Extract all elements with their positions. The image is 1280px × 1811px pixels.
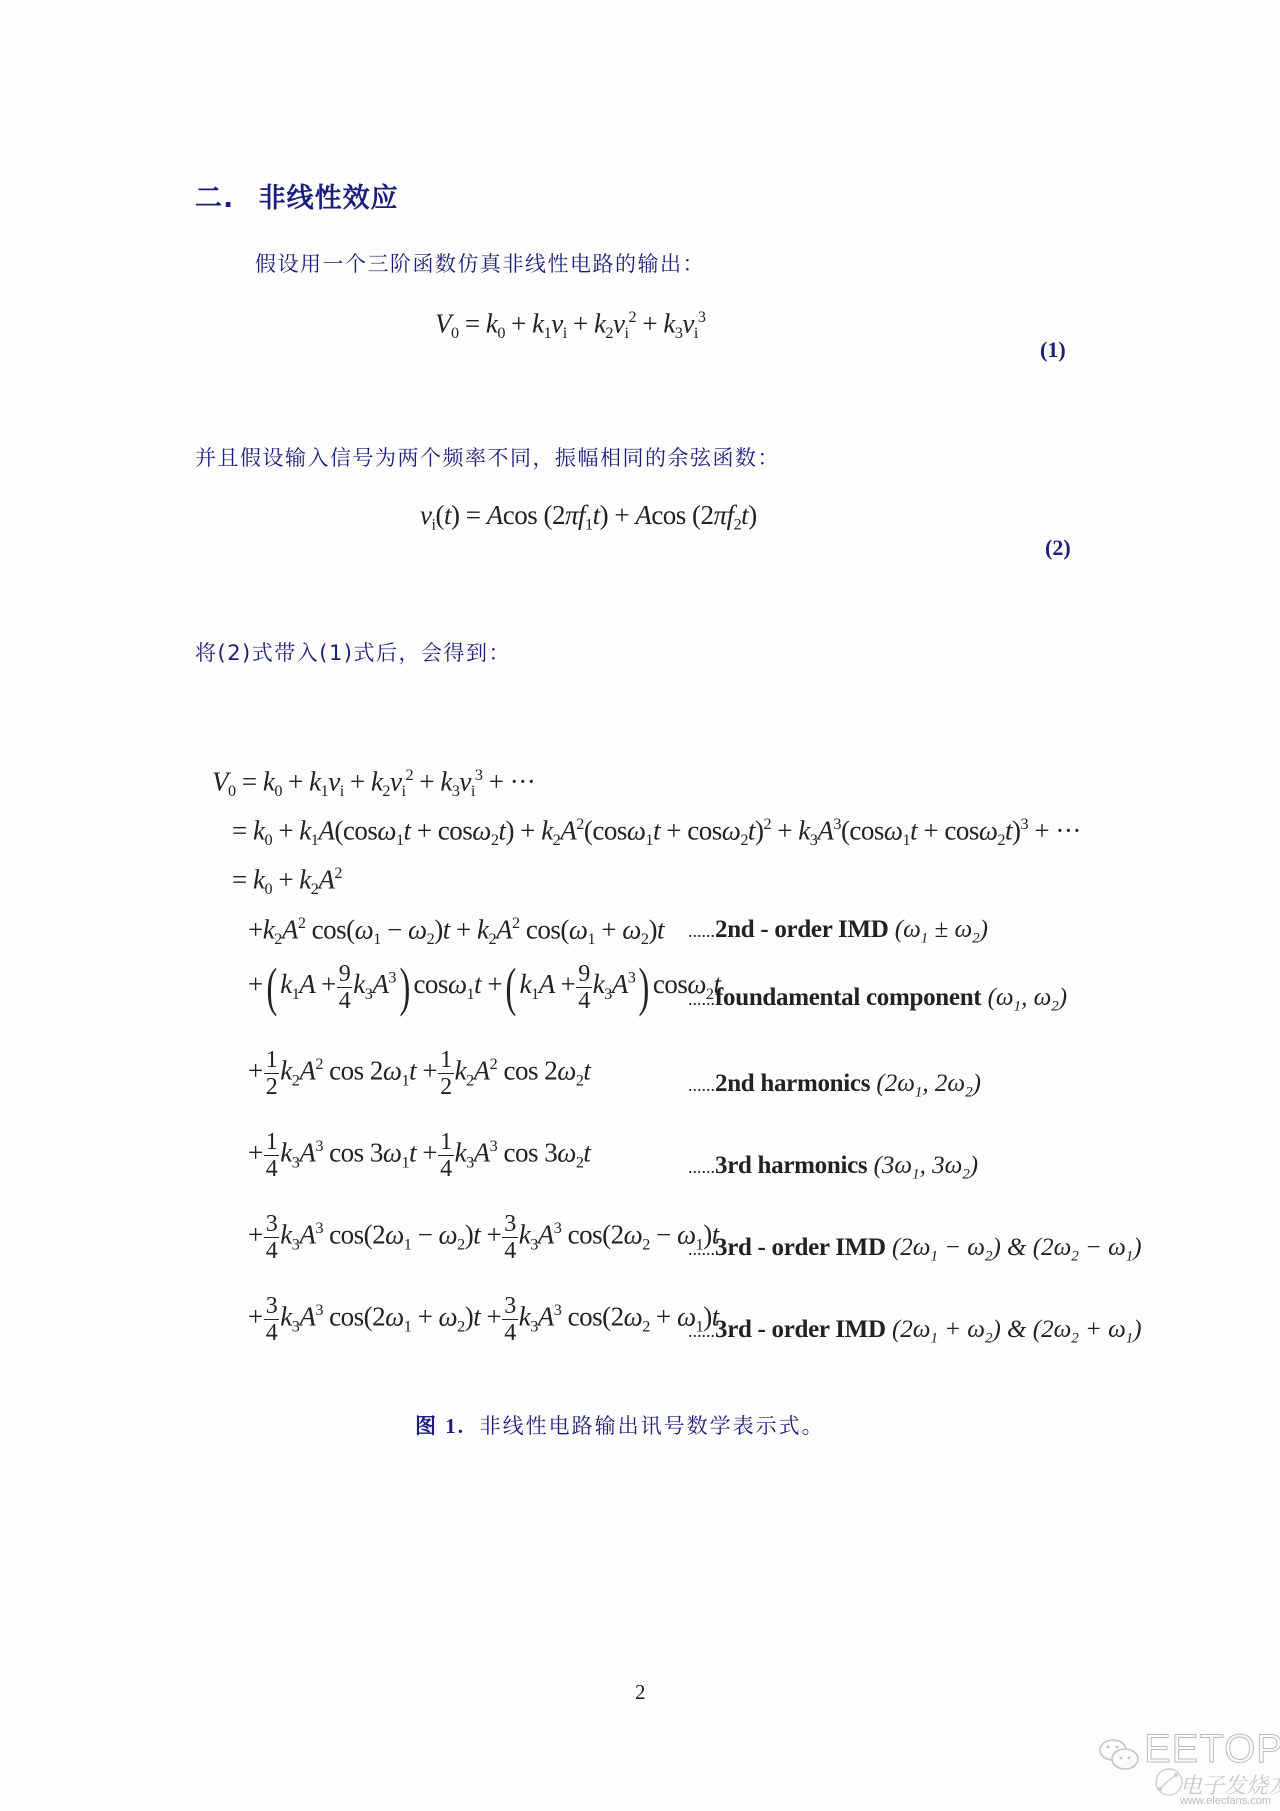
term-note-3rd-order-imd-sum: ......3rd - order IMD (2ω1 + ω2) & (2ω2 … (688, 1316, 1142, 1347)
intro-line-2: 并且假设输入信号为两个频率不同，振幅相同的余弦函数： (195, 442, 780, 472)
term-fundamental: +(k1A +94k3A3)cosω1t +(k1A +94k3A3)cosω2… (248, 960, 721, 1014)
term-2nd-harmonics: +12k2A2 cos 2ω1t +12k2A2 cos 2ω2t (248, 1048, 590, 1099)
equation-1-number: (1) (1040, 337, 1066, 363)
watermark-brand: EETOP (1144, 1727, 1280, 1772)
equation-2-number: (2) (1045, 535, 1071, 561)
watermark-url: www.elecfans.com (1180, 1795, 1271, 1807)
watermark: EETOP 电子发烧友 www.elecfans.com (1098, 1735, 1278, 1811)
page-number: 2 (635, 1680, 646, 1705)
term-note-2nd-order-imd: ......2nd - order IMD (ω1 ± ω2) (688, 916, 988, 947)
term-label: 3rd - order IMD (715, 1316, 886, 1343)
term-2nd-order-imd: +k2A2 cos(ω1 − ω2)t + k2A2 cos(ω1 + ω2)t (248, 914, 664, 949)
term-label: 2nd - order IMD (715, 916, 889, 943)
derivation-line-2: = k0 + k2A2 (232, 864, 342, 899)
term-note-3rd-order-imd-diff: ......3rd - order IMD (2ω1 − ω2) & (2ω2 … (688, 1234, 1142, 1265)
term-3rd-order-imd-diff: +34k3A3 cos(2ω1 − ω2)t +34k3A3 cos(2ω2 −… (248, 1212, 719, 1263)
caption-label: 图 1. (415, 1414, 465, 1438)
term-note-fundamental: ......foundamental component (ω1, ω2) (688, 984, 1067, 1015)
intro-line-3: 将(2)式带入(1)式后，会得到： (195, 637, 511, 667)
caption-text: 非线性电路输出讯号数学表示式。 (480, 1414, 825, 1438)
equation-1: V0 = k0 + k1vi + k2vi2 + k3vi3 (435, 308, 705, 343)
term-3rd-harmonics: +14k3A3 cos 3ω1t +14k3A3 cos 3ω2t (248, 1130, 590, 1181)
term-3rd-order-imd-sum: +34k3A3 cos(2ω1 + ω2)t +34k3A3 cos(2ω2 +… (248, 1294, 719, 1345)
derivation-line-1: = k0 + k1A(cosω1t + cosω2t) + k2A2(cosω1… (232, 815, 1081, 850)
term-label: 3rd - order IMD (715, 1234, 886, 1261)
intro-line-1: 假设用一个三阶函数仿真非线性电路的输出： (255, 248, 705, 278)
equation-2: vi(t) = Acos (2πf1t) + Acos (2πf2t) (420, 500, 757, 535)
term-label: 2nd harmonics (715, 1070, 870, 1097)
term-label: 3rd harmonics (715, 1152, 867, 1179)
section-number: 二. (195, 183, 234, 214)
wechat-icon (1098, 1737, 1142, 1777)
term-note-2nd-harmonics: ......2nd harmonics (2ω1, 2ω2) (688, 1070, 981, 1101)
derivation-line-0: V0 = k0 + k1vi + k2vi2 + k3vi3 + ··· (212, 766, 535, 801)
section-heading: 二. 非线性效应 (195, 176, 399, 215)
section-title: 非线性效应 (259, 183, 399, 214)
figure-caption: 图 1. 非线性电路输出讯号数学表示式。 (415, 1410, 825, 1440)
term-note-3rd-harmonics: ......3rd harmonics (3ω1, 3ω2) (688, 1152, 978, 1183)
term-label: foundamental component (715, 984, 981, 1011)
